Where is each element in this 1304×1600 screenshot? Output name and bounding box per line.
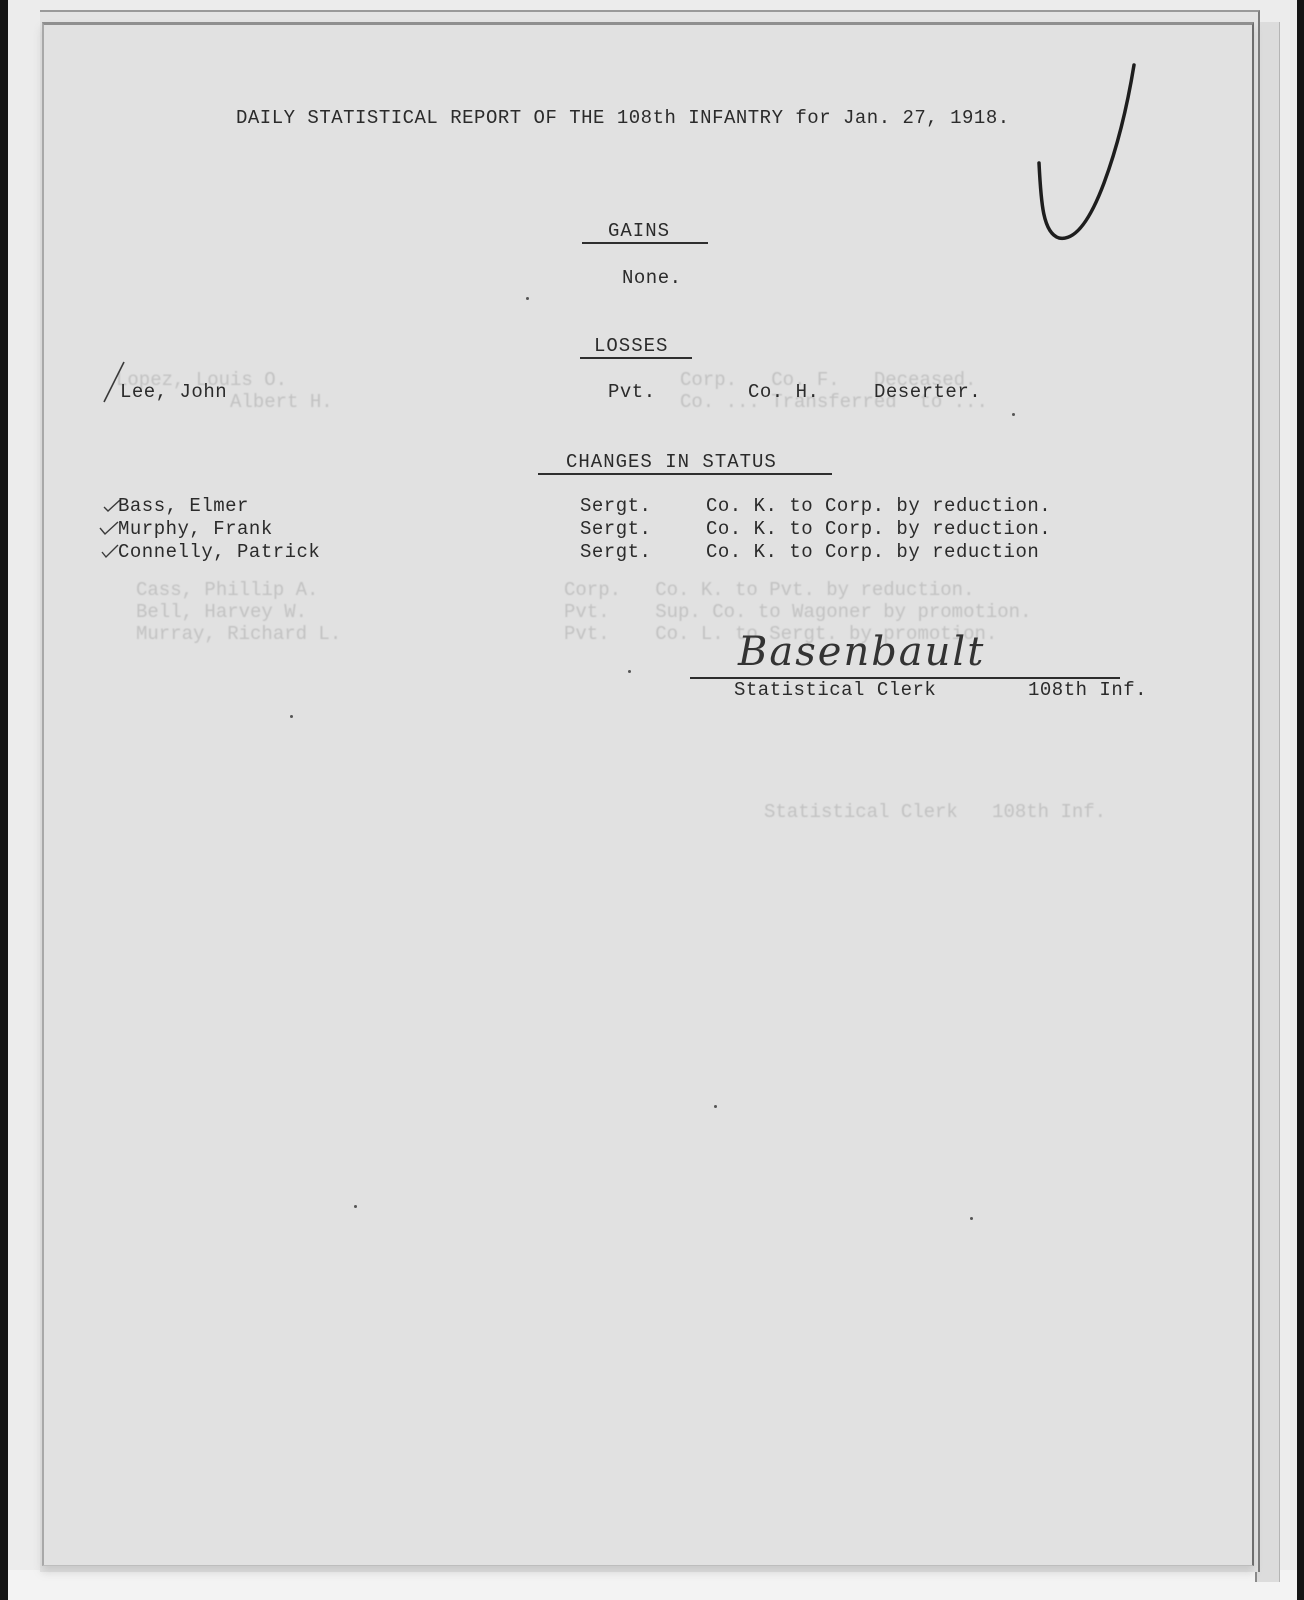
losses-heading: LOSSES [594, 335, 668, 357]
status-change: Co. K. to Corp. by reduction [706, 541, 1039, 563]
status-change: Co. K. to Corp. by reduction. [706, 495, 1051, 517]
tick-mark-icon [98, 520, 120, 536]
gains-heading: GAINS [608, 220, 670, 242]
changes-underline [538, 473, 832, 475]
paper-speck [628, 670, 631, 673]
scan-border-left [0, 0, 8, 1600]
bleed-through-line: Cass, Phillip A. [136, 579, 318, 601]
paper-speck [354, 1205, 357, 1208]
status-name: Bass, Elmer [118, 495, 249, 517]
paper-speck [290, 715, 293, 718]
paper-speck [526, 297, 529, 300]
losses-underline [580, 357, 692, 359]
bleed-through-signature-title: Statistical Clerk 108th Inf. [764, 801, 1106, 823]
status-rank: Sergt. [580, 495, 651, 517]
loss-remark: Deserter. [874, 381, 981, 403]
paper-speck [714, 1105, 717, 1108]
gains-underline [582, 242, 708, 244]
large-check-mark-icon [1029, 63, 1139, 243]
tick-mark-icon [100, 543, 120, 559]
status-rank: Sergt. [580, 518, 651, 540]
signature-unit: 108th Inf. [1028, 679, 1147, 701]
status-name: Murphy, Frank [118, 518, 273, 540]
bleed-through-line: Bell, Harvey W. [136, 601, 307, 623]
scan-background-bottom [8, 1570, 1297, 1600]
changes-heading: CHANGES IN STATUS [566, 451, 777, 473]
status-rank: Sergt. [580, 541, 651, 563]
status-change: Co. K. to Corp. by reduction. [706, 518, 1051, 540]
report-title: DAILY STATISTICAL REPORT OF THE 108th IN… [236, 107, 1010, 129]
loss-company: Co. H. [748, 381, 819, 403]
status-name: Connelly, Patrick [118, 541, 320, 563]
signature-title: Statistical Clerk [734, 679, 936, 701]
gains-content: None. [622, 267, 682, 289]
handwritten-signature: Basenbault [738, 629, 985, 675]
loss-rank: Pvt. [608, 381, 656, 403]
bleed-through-line: Corp. Co. K. to Pvt. by reduction. [564, 579, 974, 601]
bleed-through-line: Murray, Richard L. [136, 623, 341, 645]
document-page: Lopez, Louis O. Corp. Co. F. Deceased. A… [42, 22, 1254, 1566]
paper-speck [970, 1217, 973, 1220]
paper-speck [1012, 413, 1015, 416]
bleed-through-line: Pvt. Sup. Co. to Wagoner by promotion. [564, 601, 1031, 623]
loss-name: Lee, John [120, 381, 227, 403]
scan-border-right [1297, 0, 1304, 1600]
